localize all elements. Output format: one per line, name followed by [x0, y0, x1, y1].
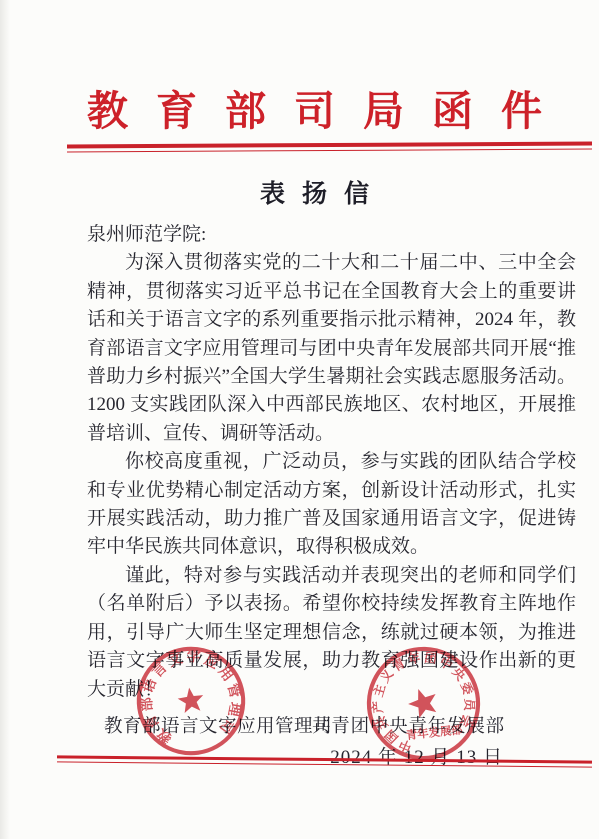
scanned-letter-page: 教育部司局函件 表扬信 泉州师范学院: 为深入贯彻落实党的二十大和二十届二中、三…	[0, 0, 599, 839]
letterhead-rule-thick	[67, 141, 592, 148]
letter-title: 表扬信	[30, 174, 599, 210]
paragraph-2: 你校高度重视，广泛动员，参与实践的团队结合学校和专业优势精心制定活动方案，创新设…	[87, 448, 576, 562]
seal-inner-text: 青年发展部	[405, 722, 464, 742]
official-seal-left-graphic: 教育部语言文字应用管理司	[125, 635, 256, 766]
letter-body: 泉州师范学院: 为深入贯彻落实党的二十大和二十届二中、三中全会精神，贯彻落实习近…	[87, 221, 576, 704]
star-icon	[405, 684, 442, 720]
paragraph-1: 为深入贯彻落实党的二十大和二十届二中、三中全会精神，贯彻落实习近平总书记在全国教…	[87, 249, 576, 448]
star-icon	[176, 686, 205, 714]
letterhead-rule-thin	[67, 148, 592, 152]
scan-edge-shading	[0, 0, 10, 839]
salutation: 泉州师范学院:	[87, 221, 576, 249]
letterhead-title: 教育部司局函件	[30, 78, 599, 137]
official-seal-left: 教育部语言文字应用管理司	[125, 635, 256, 766]
